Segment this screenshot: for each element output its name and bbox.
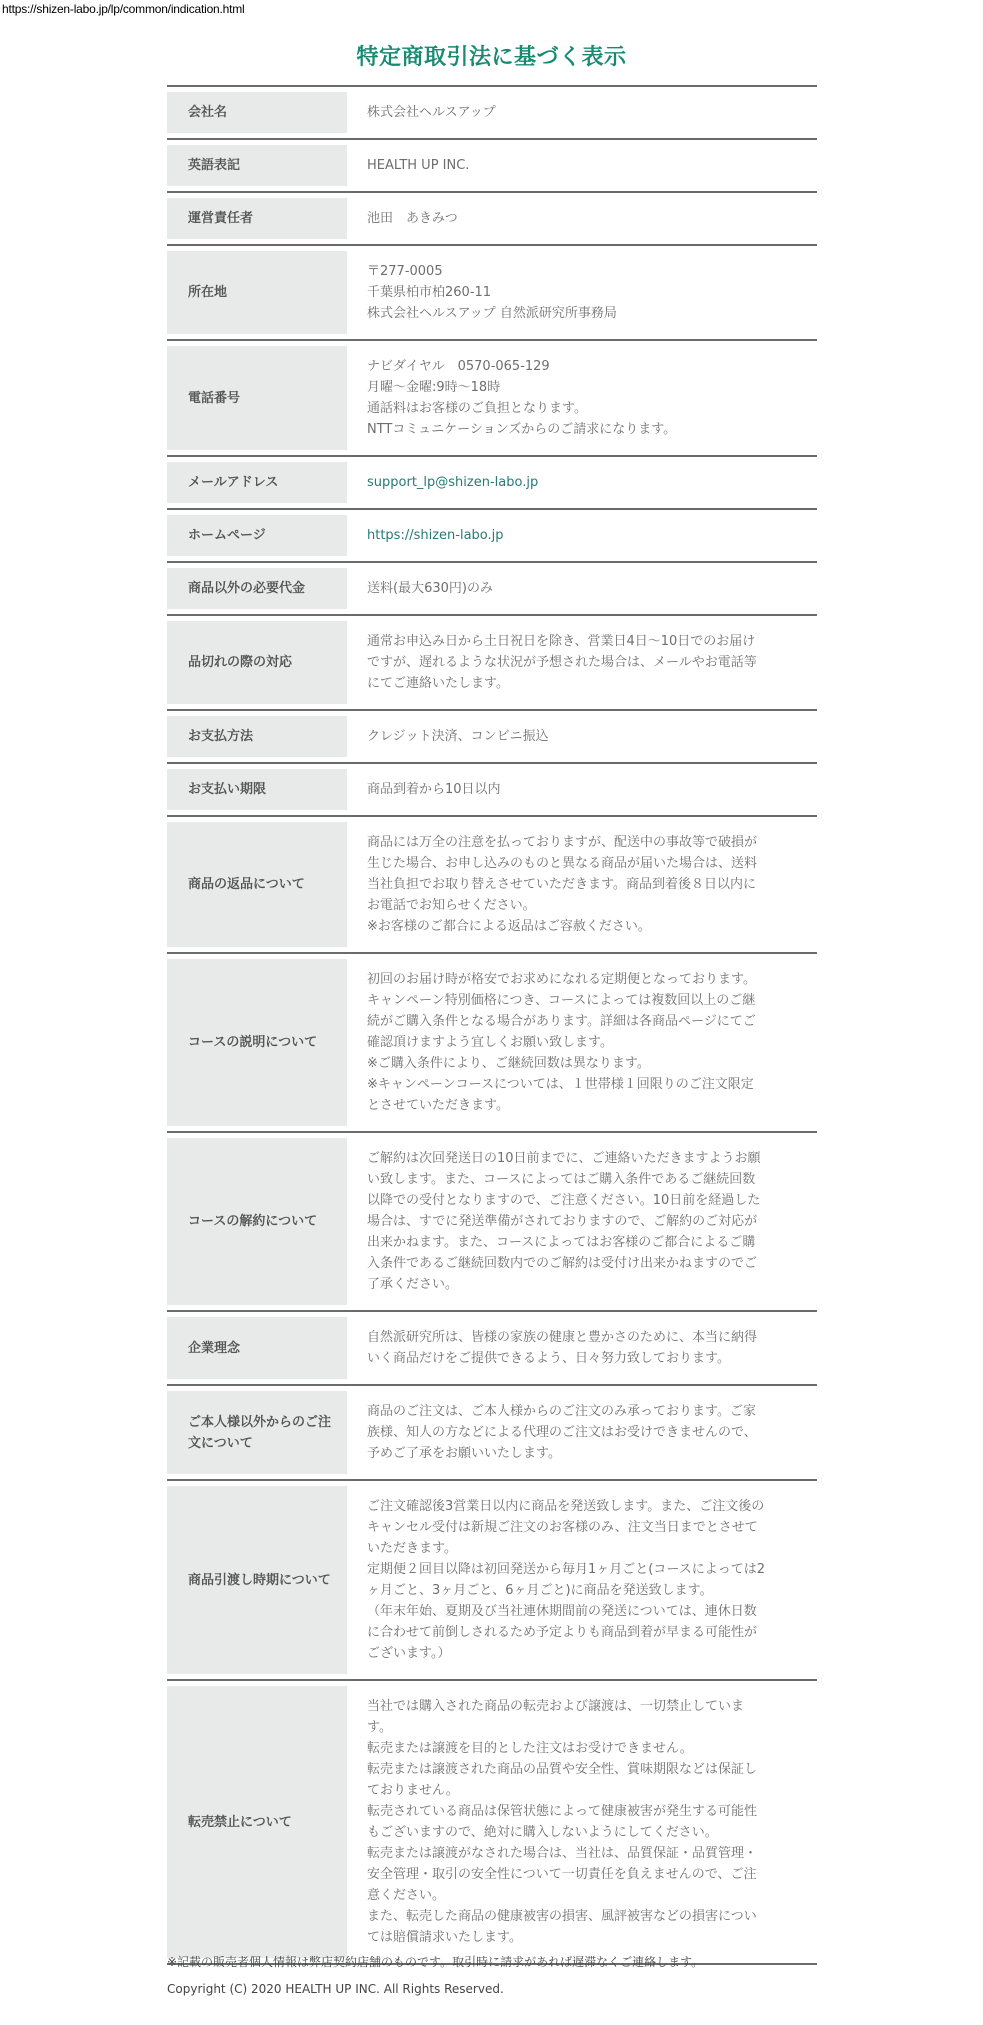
row-value-line: にてご連絡いたします。 (367, 673, 797, 694)
row-value: クレジット決済、コンビニ振込 (347, 716, 817, 757)
row-value: 送料(最大630円)のみ (347, 568, 817, 609)
row-value-line: 月曜〜金曜:9時〜18時 (367, 377, 797, 398)
table-row: 商品引渡し時期について ご注文確認後3営業日以内に商品を発送致します。また、ご注… (167, 1479, 817, 1679)
row-label-text: 商品以外の必要代金 (188, 578, 305, 599)
row-value-line: 通常お申込み日から土日祝日を除き、営業日4日〜10日でのお届け (367, 631, 797, 652)
table-row: メールアドレス support_lp@shizen-labo.jp (167, 455, 817, 508)
table-row: 所在地 〒277-0005千葉県柏市柏260-11株式会社ヘルスアップ 自然派研… (167, 244, 817, 339)
row-value: 商品のご注文は、ご本人様からのご注文のみ承っております。ご家族様、知人の方などに… (347, 1391, 817, 1474)
row-label-text: 商品引渡し時期について (188, 1570, 331, 1591)
row-label-text: お支払い期限 (188, 779, 266, 800)
row-value-line: ※お客様のご都合による返品はご容赦ください。 (367, 916, 797, 937)
row-label: コースの解約について (167, 1138, 347, 1305)
row-label: ホームページ (167, 515, 347, 556)
page-url: https://shizen-labo.jp/lp/common/indicat… (2, 2, 245, 16)
row-value-line: ご注文確認後3営業日以内に商品を発送致します。また、ご注文後の (367, 1496, 797, 1517)
row-value-line: 以降での受付となりますので、ご注意ください。10日前を経過した (367, 1190, 797, 1211)
row-label-text: お支払方法 (188, 726, 253, 747)
row-value-line: HEALTH UP INC. (367, 155, 797, 176)
row-value: https://shizen-labo.jp (347, 515, 817, 556)
copyright: Copyright (C) 2020 HEALTH UP INC. All Ri… (167, 1982, 504, 1996)
footnote: ※記載の販売者個人情報は弊店契約店舗のものです。取引時に請求があれば遅滞なくご連… (167, 1953, 703, 1970)
row-value-line: 入条件であるご継続回数内でのご解約は受付け出来かねますのでご (367, 1253, 797, 1274)
row-label-text: 電話番号 (188, 388, 240, 409)
table-row: お支払い期限 商品到着から10日以内 (167, 762, 817, 815)
row-value-line: キャンペーン特別価格につき、コースによっては複数回以上のご継 (367, 990, 797, 1011)
table-row: お支払方法 クレジット決済、コンビニ振込 (167, 709, 817, 762)
row-value-line: いただきます。 (367, 1538, 797, 1559)
row-value-line: クレジット決済、コンビニ振込 (367, 726, 797, 747)
row-label-text: 転売禁止について (188, 1812, 292, 1833)
commerce-disclosure-table: 会社名 株式会社ヘルスアップ 英語表記 HEALTH UP INC. 運営責任者… (167, 85, 817, 1965)
row-value-line: 続がご購入条件となる場合があります。詳細は各商品ページにてご (367, 1011, 797, 1032)
row-value-line: 転売または譲渡がなされた場合は、当社は、品質保証・品質管理・ (367, 1843, 797, 1864)
row-label-text: メールアドレス (188, 472, 278, 493)
homepage-link[interactable]: https://shizen-labo.jp (367, 525, 797, 546)
row-label: ご本人様以外からのご注文について (167, 1391, 347, 1474)
row-label-text: ご本人様以外からのご注文について (188, 1412, 337, 1454)
row-value: 商品には万全の注意を払っておりますが、配送中の事故等で破損が生じた場合、お申し込… (347, 822, 817, 947)
table-row: ご本人様以外からのご注文について 商品のご注文は、ご本人様からのご注文のみ承って… (167, 1384, 817, 1479)
row-value-line: ございます。） (367, 1643, 797, 1664)
row-value-line: ご解約は次回発送日の10日前までに、ご連絡いただきますようお願 (367, 1148, 797, 1169)
table-row: 英語表記 HEALTH UP INC. (167, 138, 817, 191)
row-value-line: とさせていただきます。 (367, 1095, 797, 1116)
table-row: コースの解約について ご解約は次回発送日の10日前までに、ご連絡いただきますよう… (167, 1131, 817, 1310)
row-label-text: 英語表記 (188, 155, 240, 176)
table-row: 商品以外の必要代金 送料(最大630円)のみ (167, 561, 817, 614)
row-label: 企業理念 (167, 1317, 347, 1379)
row-value-line: 商品には万全の注意を払っておりますが、配送中の事故等で破損が (367, 832, 797, 853)
row-value-line: 自然派研究所は、皆様の家族の健康と豊かさのために、本当に納得 (367, 1327, 797, 1348)
row-label-text: コースの解約について (188, 1211, 317, 1232)
row-value-line: 転売または譲渡を目的とした注文はお受けできません。 (367, 1738, 797, 1759)
row-value: 商品到着から10日以内 (347, 769, 817, 810)
row-label: 商品の返品について (167, 822, 347, 947)
row-label-text: 所在地 (188, 282, 227, 303)
row-value-line: ナビダイヤル 0570-065-129 (367, 356, 797, 377)
row-label-text: コースの説明について (188, 1032, 317, 1053)
row-value-line: 場合は、すでに発送準備がされておりますので、ご解約のご対応が (367, 1211, 797, 1232)
row-value: 〒277-0005千葉県柏市柏260-11株式会社ヘルスアップ 自然派研究所事務… (347, 251, 817, 334)
row-label: 会社名 (167, 92, 347, 133)
row-label: 英語表記 (167, 145, 347, 186)
table-row: 品切れの際の対応 通常お申込み日から土日祝日を除き、営業日4日〜10日でのお届け… (167, 614, 817, 709)
row-value: HEALTH UP INC. (347, 145, 817, 186)
row-value-line: に合わせて前倒しされるため予定よりも商品到着が早まる可能性が (367, 1622, 797, 1643)
row-value-line: ですが、遅れるような状況が予想された場合は、メールやお電話等 (367, 652, 797, 673)
row-label-text: ホームページ (188, 525, 266, 546)
row-value-line: ておりません。 (367, 1780, 797, 1801)
row-value-line: い致します。また、コースによってはご購入条件であるご継続回数 (367, 1169, 797, 1190)
row-label: 商品引渡し時期について (167, 1486, 347, 1674)
row-value: 池田 あきみつ (347, 198, 817, 239)
row-label-text: 品切れの際の対応 (188, 652, 292, 673)
row-value-line: 予めご了承をお願いいたします。 (367, 1443, 797, 1464)
row-value-line: キャンセル受付は新規ご注文のお客様のみ、注文当日までとさせて (367, 1517, 797, 1538)
row-value-line: ヶ月ごと、3ヶ月ごと、6ヶ月ごと)に商品を発送致します。 (367, 1580, 797, 1601)
row-label: 電話番号 (167, 346, 347, 450)
row-value-line: す。 (367, 1717, 797, 1738)
row-label: お支払方法 (167, 716, 347, 757)
row-value-line: 転売されている商品は保管状態によって健康被害が発生する可能性 (367, 1801, 797, 1822)
table-row: ホームページ https://shizen-labo.jp (167, 508, 817, 561)
row-value-line: 当社では購入された商品の転売および譲渡は、一切禁止していま (367, 1696, 797, 1717)
row-label-text: 商品の返品について (188, 874, 305, 895)
row-value-line: 生じた場合、お申し込みのものと異なる商品が届いた場合は、送料 (367, 853, 797, 874)
row-label: お支払い期限 (167, 769, 347, 810)
row-value-line: 了承ください。 (367, 1274, 797, 1295)
row-value-line: 意ください。 (367, 1885, 797, 1906)
row-label-text: 会社名 (188, 102, 227, 123)
row-value-line: 商品のご注文は、ご本人様からのご注文のみ承っております。ご家 (367, 1401, 797, 1422)
row-value-line: お電話でお知らせください。 (367, 895, 797, 916)
row-value-line: 株式会社ヘルスアップ 自然派研究所事務局 (367, 303, 797, 324)
table-row: 運営責任者 池田 あきみつ (167, 191, 817, 244)
email-link[interactable]: support_lp@shizen-labo.jp (367, 472, 797, 493)
row-value: 当社では購入された商品の転売および譲渡は、一切禁止しています。転売または譲渡を目… (347, 1686, 817, 1958)
row-value-line: 株式会社ヘルスアップ (367, 102, 797, 123)
row-value: 株式会社ヘルスアップ (347, 92, 817, 133)
row-label: コースの説明について (167, 959, 347, 1126)
row-value: ご注文確認後3営業日以内に商品を発送致します。また、ご注文後のキャンセル受付は新… (347, 1486, 817, 1674)
row-label: 商品以外の必要代金 (167, 568, 347, 609)
row-value-line: NTTコミュニケーションズからのご請求になります。 (367, 419, 797, 440)
table-row: 会社名 株式会社ヘルスアップ (167, 85, 817, 138)
row-value-line: いく商品だけをご提供できるよう、日々努力致しております。 (367, 1348, 797, 1369)
row-label: 転売禁止について (167, 1686, 347, 1958)
table-row: 商品の返品について 商品には万全の注意を払っておりますが、配送中の事故等で破損が… (167, 815, 817, 952)
row-value-line: 〒277-0005 (367, 261, 797, 282)
row-value-line: ※キャンペーンコースについては、１世帯様１回限りのご注文限定 (367, 1074, 797, 1095)
row-value-line: 転売または譲渡された商品の品質や安全性、賞味期限などは保証し (367, 1759, 797, 1780)
row-value: 初回のお届け時が格安でお求めになれる定期便となっております。キャンペーン特別価格… (347, 959, 817, 1126)
table-row: 転売禁止について 当社では購入された商品の転売および譲渡は、一切禁止しています。… (167, 1679, 817, 1965)
table-row: 企業理念 自然派研究所は、皆様の家族の健康と豊かさのために、本当に納得いく商品だ… (167, 1310, 817, 1384)
row-value-line: ※ご購入条件により、ご継続回数は異なります。 (367, 1053, 797, 1074)
row-value: ご解約は次回発送日の10日前までに、ご連絡いただきますようお願い致します。また、… (347, 1138, 817, 1305)
row-label-text: 企業理念 (188, 1338, 240, 1359)
table-row: 電話番号 ナビダイヤル 0570-065-129月曜〜金曜:9時〜18時通話料は… (167, 339, 817, 455)
row-value-line: 通話料はお客様のご負担となります。 (367, 398, 797, 419)
row-label-text: 運営責任者 (188, 208, 253, 229)
row-label: 運営責任者 (167, 198, 347, 239)
row-label: 所在地 (167, 251, 347, 334)
row-value-line: 商品到着から10日以内 (367, 779, 797, 800)
row-value-line: 出来かねます。また、コースによってはお客様のご都合によるご購 (367, 1232, 797, 1253)
row-value-line: 池田 あきみつ (367, 208, 797, 229)
row-value-line: 初回のお届け時が格安でお求めになれる定期便となっております。 (367, 969, 797, 990)
row-value: 自然派研究所は、皆様の家族の健康と豊かさのために、本当に納得いく商品だけをご提供… (347, 1317, 817, 1379)
row-value-line: 送料(最大630円)のみ (367, 578, 797, 599)
row-label: メールアドレス (167, 462, 347, 503)
row-value-line: 安全管理・取引の安全性について一切責任を負えませんので、ご注 (367, 1864, 797, 1885)
page-title: 特定商取引法に基づく表示 (0, 40, 983, 71)
row-value-line: 族様、知人の方などによる代理のご注文はお受けできませんので、 (367, 1422, 797, 1443)
row-value: 通常お申込み日から土日祝日を除き、営業日4日〜10日でのお届けですが、遅れるよう… (347, 621, 817, 704)
table-row: コースの説明について 初回のお届け時が格安でお求めになれる定期便となっております… (167, 952, 817, 1131)
row-value-line: 確認頂けますよう宜しくお願い致します。 (367, 1032, 797, 1053)
row-label: 品切れの際の対応 (167, 621, 347, 704)
row-value-line: 定期便２回目以降は初回発送から毎月1ヶ月ごと(コースによっては2 (367, 1559, 797, 1580)
row-value: ナビダイヤル 0570-065-129月曜〜金曜:9時〜18時通話料はお客様のご… (347, 346, 817, 450)
row-value-line: （年末年始、夏期及び当社連休期間前の発送については、連休日数 (367, 1601, 797, 1622)
row-value-line: 千葉県柏市柏260-11 (367, 282, 797, 303)
row-value: support_lp@shizen-labo.jp (347, 462, 817, 503)
row-value-line: また、転売した商品の健康被害の損害、風評被害などの損害につい (367, 1906, 797, 1927)
row-value-line: もございますので、絶対に購入しないようにしてください。 (367, 1822, 797, 1843)
row-value-line: 当社負担でお取り替えさせていただきます。商品到着後８日以内に (367, 874, 797, 895)
row-value-line: ては賠償請求いたします。 (367, 1927, 797, 1948)
